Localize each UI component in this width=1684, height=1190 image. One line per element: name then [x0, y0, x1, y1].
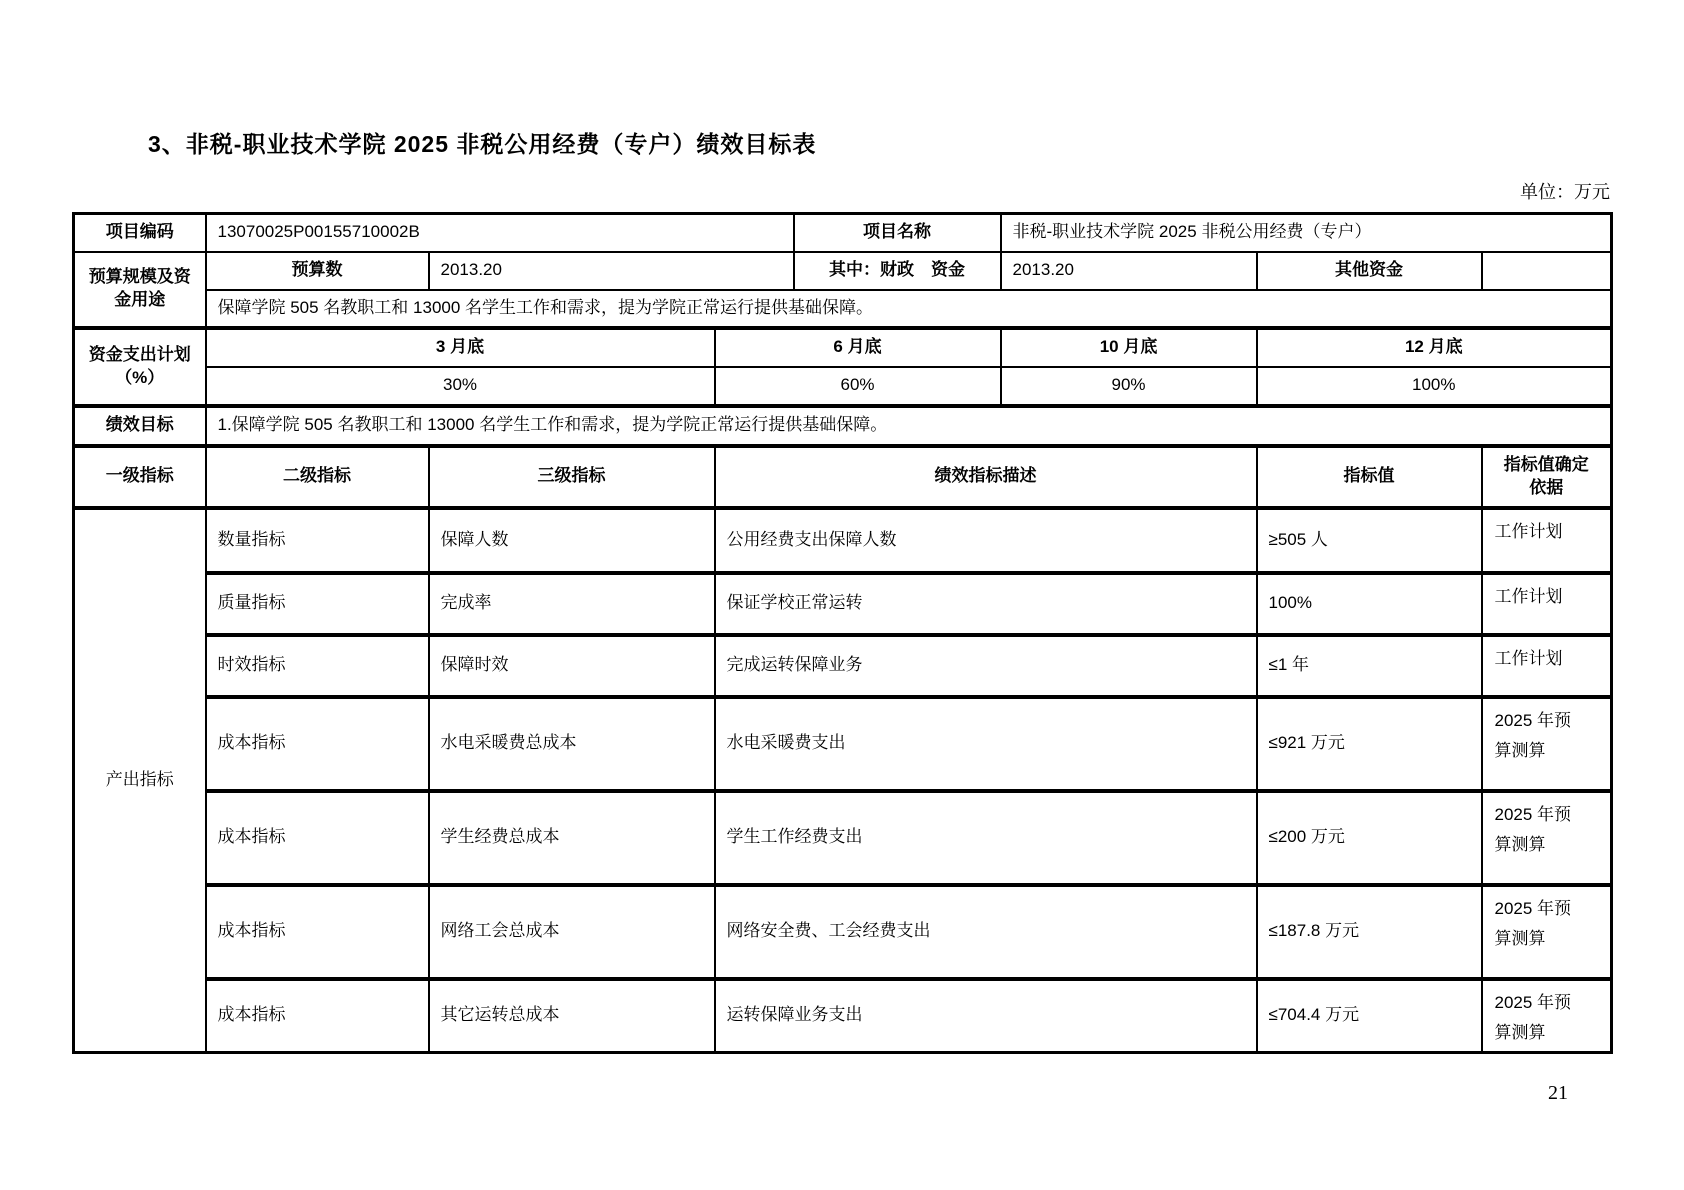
- fiscal-funds-label: 其中：财政 资金: [794, 252, 1001, 290]
- basis-cell: 2025 年预算测算: [1482, 979, 1612, 1053]
- basis-cell: 工作计划: [1482, 573, 1612, 635]
- value-cell: 100%: [1257, 573, 1482, 635]
- performance-goal-label: 绩效目标: [74, 406, 206, 446]
- value-cell: ≤704.4 万元: [1257, 979, 1482, 1053]
- description-cell: 运转保障业务支出: [715, 979, 1257, 1053]
- value-cell: ≤200 万元: [1257, 791, 1482, 885]
- performance-target-table: 项目编码 13070025P00155710002B 项目名称 非税-职业技术学…: [72, 212, 1613, 1054]
- level2-cell: 数量指标: [206, 508, 429, 573]
- header-description: 绩效指标描述: [715, 446, 1257, 508]
- header-value: 指标值: [1257, 446, 1482, 508]
- percent-december-value: 100%: [1257, 367, 1612, 406]
- other-funds-value: [1482, 252, 1612, 290]
- level2-cell: 成本指标: [206, 697, 429, 791]
- description-cell: 保证学校正常运转: [715, 573, 1257, 635]
- indicator-row: 成本指标 学生经费总成本 学生工作经费支出 ≤200 万元 2025 年预算测算: [74, 791, 1612, 885]
- unit-note: 单位：万元: [1520, 178, 1610, 204]
- indicator-row: 产出指标 数量指标 保障人数 公用经费支出保障人数 ≥505 人 工作计划: [74, 508, 1612, 573]
- description-cell: 学生工作经费支出: [715, 791, 1257, 885]
- usage-row: 保障学院 505 名教职工和 13000 名学生工作和需求，提为学院正常运行提供…: [74, 290, 1612, 328]
- header-level2: 二级指标: [206, 446, 429, 508]
- spending-plan-section-label: 资金支出计划（%）: [74, 328, 206, 406]
- period-october-label: 10 月底: [1001, 328, 1257, 367]
- indicator-header-row: 一级指标 二级指标 三级指标 绩效指标描述 指标值 指标值确定依据: [74, 446, 1612, 508]
- level3-cell: 完成率: [429, 573, 715, 635]
- description-cell: 完成运转保障业务: [715, 635, 1257, 697]
- project-code-label: 项目编码: [74, 214, 206, 252]
- basis-cell: 工作计划: [1482, 635, 1612, 697]
- description-cell: 网络安全费、工会经费支出: [715, 885, 1257, 979]
- description-cell: 公用经费支出保障人数: [715, 508, 1257, 573]
- value-cell: ≤921 万元: [1257, 697, 1482, 791]
- level3-cell: 水电采暖费总成本: [429, 697, 715, 791]
- fiscal-funds-value: 2013.20: [1001, 252, 1257, 290]
- spending-plan-values-row: 30% 60% 90% 100%: [74, 367, 1612, 406]
- project-code-value: 13070025P00155710002B: [206, 214, 794, 252]
- level3-cell: 网络工会总成本: [429, 885, 715, 979]
- percent-june-value: 60%: [715, 367, 1001, 406]
- spending-plan-header-row: 资金支出计划（%） 3 月底 6 月底 10 月底 12 月底: [74, 328, 1612, 367]
- indicator-row: 成本指标 水电采暖费总成本 水电采暖费支出 ≤921 万元 2025 年预算测算: [74, 697, 1612, 791]
- period-march-label: 3 月底: [206, 328, 715, 367]
- performance-goal-content: 1.保障学院 505 名教职工和 13000 名学生工作和需求，提为学院正常运行…: [206, 406, 1612, 446]
- period-june-label: 6 月底: [715, 328, 1001, 367]
- level2-cell: 成本指标: [206, 791, 429, 885]
- header-basis: 指标值确定依据: [1482, 446, 1612, 508]
- basis-cell: 2025 年预算测算: [1482, 885, 1612, 979]
- project-name-value: 非税-职业技术学院 2025 非税公用经费（专户）: [1001, 214, 1612, 252]
- level3-cell: 学生经费总成本: [429, 791, 715, 885]
- value-cell: ≤1 年: [1257, 635, 1482, 697]
- performance-goal-row: 绩效目标 1.保障学院 505 名教职工和 13000 名学生工作和需求，提为学…: [74, 406, 1612, 446]
- level2-cell: 时效指标: [206, 635, 429, 697]
- basis-cell: 2025 年预算测算: [1482, 791, 1612, 885]
- usage-text: 保障学院 505 名教职工和 13000 名学生工作和需求，提为学院正常运行提供…: [206, 290, 1612, 328]
- level2-cell: 成本指标: [206, 885, 429, 979]
- level3-cell: 保障人数: [429, 508, 715, 573]
- value-cell: ≥505 人: [1257, 508, 1482, 573]
- other-funds-label: 其他资金: [1257, 252, 1482, 290]
- page-number: 21: [1548, 1082, 1568, 1105]
- budget-row: 预算规模及资金用途 预算数 2013.20 其中：财政 资金 2013.20 其…: [74, 252, 1612, 290]
- indicator-row: 时效指标 保障时效 完成运转保障业务 ≤1 年 工作计划: [74, 635, 1612, 697]
- percent-october-value: 90%: [1001, 367, 1257, 406]
- level2-cell: 质量指标: [206, 573, 429, 635]
- basis-cell: 2025 年预算测算: [1482, 697, 1612, 791]
- period-december-label: 12 月底: [1257, 328, 1612, 367]
- level1-cell: 产出指标: [74, 508, 206, 1053]
- budget-amount-label: 预算数: [206, 252, 429, 290]
- percent-march-value: 30%: [206, 367, 715, 406]
- level2-cell: 成本指标: [206, 979, 429, 1053]
- indicator-row: 成本指标 网络工会总成本 网络安全费、工会经费支出 ≤187.8 万元 2025…: [74, 885, 1612, 979]
- level3-cell: 保障时效: [429, 635, 715, 697]
- project-row: 项目编码 13070025P00155710002B 项目名称 非税-职业技术学…: [74, 214, 1612, 252]
- description-cell: 水电采暖费支出: [715, 697, 1257, 791]
- value-cell: ≤187.8 万元: [1257, 885, 1482, 979]
- project-name-label: 项目名称: [794, 214, 1001, 252]
- budget-amount-value: 2013.20: [429, 252, 794, 290]
- header-level1: 一级指标: [74, 446, 206, 508]
- indicator-row: 成本指标 其它运转总成本 运转保障业务支出 ≤704.4 万元 2025 年预算…: [74, 979, 1612, 1053]
- page-title: 3、非税-职业技术学院 2025 非税公用经费（专户）绩效目标表: [148, 126, 816, 159]
- level3-cell: 其它运转总成本: [429, 979, 715, 1053]
- basis-cell: 工作计划: [1482, 508, 1612, 573]
- indicator-row: 质量指标 完成率 保证学校正常运转 100% 工作计划: [74, 573, 1612, 635]
- header-level3: 三级指标: [429, 446, 715, 508]
- budget-section-label: 预算规模及资金用途: [74, 252, 206, 328]
- document-page: 3、非税-职业技术学院 2025 非税公用经费（专户）绩效目标表 单位：万元 项…: [0, 0, 1684, 1190]
